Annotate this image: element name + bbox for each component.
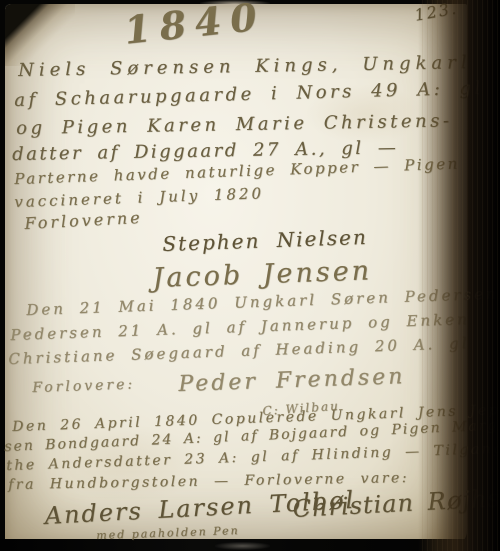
manuscript-photo: 123. 1840 Niels Sørensen Kings, Ungkarl … — [0, 0, 500, 551]
photo-bottom-border — [0, 539, 500, 551]
torn-corner — [5, 4, 75, 66]
bottom-smudge — [215, 542, 270, 550]
